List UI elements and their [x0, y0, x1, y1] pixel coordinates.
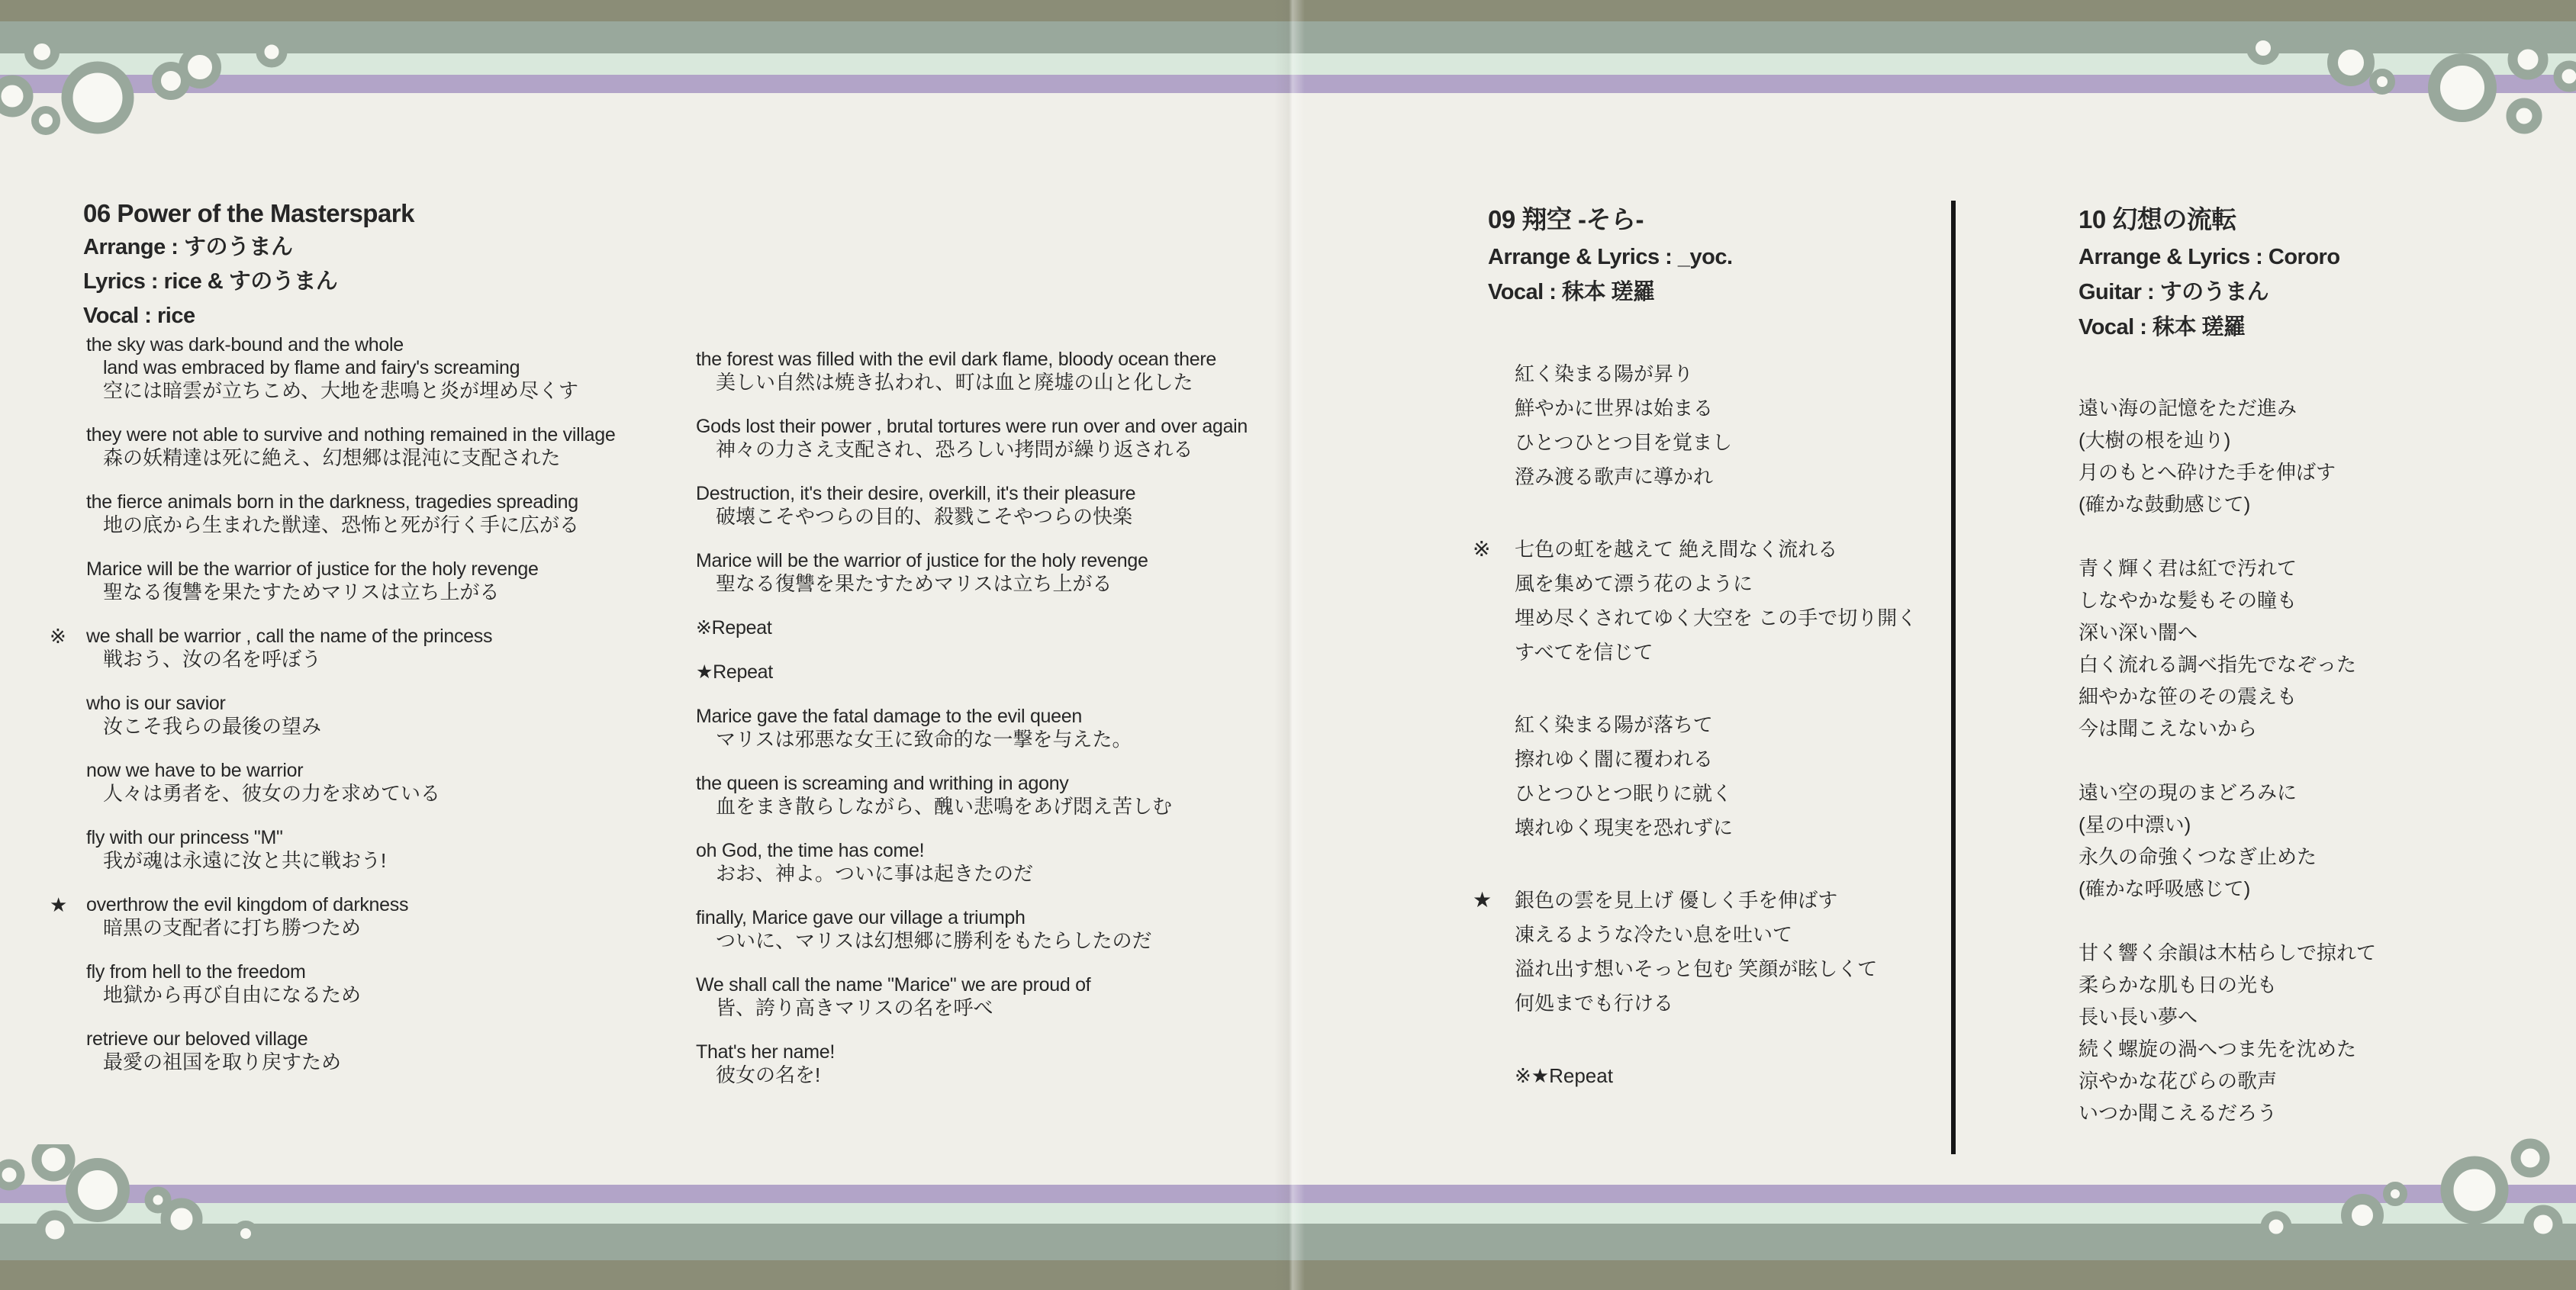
- lyric-line: 地獄から再び自由になるため: [103, 983, 694, 1006]
- lyric-stanza: That's her name! 彼女の名を!: [696, 1041, 1329, 1086]
- lyric-line: overthrow the evil kingdom of darkness: [86, 893, 694, 916]
- lyric-line: 神々の力さえ支配され、恐ろしい拷問が繰り返される: [716, 438, 1329, 461]
- lyric-line: すべてを信じて: [1515, 635, 1946, 670]
- lyric-line: 紅く染まる陽が昇り: [1515, 357, 1946, 391]
- lyric-line: 聖なる復讐を果たすためマリスは立ち上がる: [716, 572, 1329, 595]
- booklet-page: { "colors": { "paper": "#f0efe9", "band_…: [0, 0, 2576, 1290]
- bubble-cluster-top-left: [0, 0, 320, 175]
- lyric-line: the fierce animals born in the darkness,…: [86, 491, 694, 513]
- lyric-stanza: 遠い空の現のまどろみに (星の中漂い) 永久の命強くつなぎ止めた (確かな呼吸感…: [2079, 777, 2552, 905]
- bubble-cluster-top-right: [2243, 0, 2576, 183]
- lyric-line: おお、神よ。ついに事は起きたのだ: [716, 862, 1329, 885]
- repeat-instruction: ★Repeat: [696, 661, 1329, 684]
- lyric-line: Marice will be the warrior of justice fo…: [86, 558, 694, 581]
- lyric-line: 擦れゆく闇に覆われる: [1515, 742, 1946, 777]
- lyric-line: oh God, the time has come!: [696, 839, 1329, 862]
- lyric-stanza: Marice gave the fatal damage to the evil…: [696, 705, 1329, 751]
- lyric-line: the forest was filled with the evil dark…: [696, 348, 1329, 371]
- lyric-line: (大樹の根を辿り): [2079, 424, 2552, 456]
- lyric-stanza: retrieve our beloved village 最愛の祖国を取り戻すた…: [86, 1028, 694, 1073]
- lyric-line: That's her name!: [696, 1041, 1329, 1063]
- lyric-line: 汝こそ我らの最後の望み: [103, 715, 694, 738]
- lyric-stanza: 紅く染まる陽が落ちて 擦れゆく闇に覆われる ひとつひとつ眠りに就く 壊れゆく現実…: [1515, 708, 1946, 845]
- lyric-line: マリスは邪悪な女王に致命的な一撃を与えた。: [716, 728, 1329, 751]
- lyric-line: Marice will be the warrior of justice fo…: [696, 549, 1329, 572]
- lyric-line: Marice gave the fatal damage to the evil…: [696, 705, 1329, 728]
- lyric-line: 銀色の雲を見上げ 優しく手を伸ばす: [1515, 883, 1946, 918]
- lyric-stanza-chorus: ※ we shall be warrior , call the name of…: [86, 625, 694, 671]
- track06-credit-arrange: Arrange : すのうまん: [83, 230, 694, 265]
- lyric-stanza: We shall call the name "Marice" we are p…: [696, 973, 1329, 1019]
- lyric-line: the sky was dark-bound and the whole: [86, 333, 694, 356]
- lyric-line: 彼女の名を!: [716, 1063, 1329, 1086]
- lyric-line: 甘く響く余韻は木枯らしで掠れて: [2079, 937, 2552, 969]
- track-divider-line: [1951, 201, 1956, 1154]
- lyric-line: 柔らかな肌も日の光も: [2079, 969, 2552, 1001]
- lyric-line: 皆、誇り高きマリスの名を呼べ: [716, 996, 1329, 1019]
- lyric-line: 森の妖精達は死に絶え、幻想郷は混沌に支配された: [103, 446, 694, 469]
- lyric-line: 長い長い夢へ: [2079, 1001, 2552, 1033]
- lyric-line: they were not able to survive and nothin…: [86, 423, 694, 446]
- track10-header: 10 幻想の流転 Arrange & Lyrics : Cororo Guita…: [2079, 200, 2552, 345]
- lyric-line: fly with our princess "M": [86, 826, 694, 849]
- lyric-line: land was embraced by flame and fairy's s…: [103, 356, 694, 379]
- lyric-line: ついに、マリスは幻想郷に勝利をもたらしたのだ: [716, 929, 1329, 952]
- lyric-line: 続く螺旋の渦へつま先を沈めた: [2079, 1033, 2552, 1065]
- track06-column-2: the forest was filled with the evil dark…: [696, 339, 1329, 1108]
- lyric-line: 涼やかな花びらの歌声: [2079, 1065, 2552, 1097]
- lyric-line: ひとつひとつ目を覚まし: [1515, 426, 1946, 460]
- lyric-stanza: the fierce animals born in the darkness,…: [86, 491, 694, 536]
- bubble-cluster-bottom-left: [0, 1144, 320, 1290]
- reference-mark: ※: [1473, 538, 1490, 561]
- track10-credit-arrange-lyrics: Arrange & Lyrics : Cororo: [2079, 240, 2552, 275]
- track10-credit-vocal: Vocal : 秣本 瑳羅: [2079, 310, 2552, 345]
- track10-credit-guitar: Guitar : すのうまん: [2079, 275, 2552, 310]
- lyric-line: 最愛の祖国を取り戻すため: [103, 1050, 694, 1073]
- lyric-line: 破壊こそやつらの目的、殺戮こそやつらの快楽: [716, 505, 1329, 528]
- lyric-line: 暗黒の支配者に打ち勝つため: [103, 916, 694, 939]
- track06-credit-vocal: Vocal : rice: [83, 299, 694, 333]
- lyric-stanza: finally, Marice gave our village a trium…: [696, 906, 1329, 952]
- lyric-line: 今は聞こえないから: [2079, 713, 2552, 745]
- star-mark: ★: [1473, 889, 1492, 912]
- lyric-line: 青く輝く君は紅で汚れて: [2079, 552, 2552, 584]
- lyric-line: 我が魂は永遠に汝と共に戦おう!: [103, 849, 694, 872]
- lyric-stanza: Gods lost their power , brutal tortures …: [696, 415, 1329, 461]
- lyric-line: Destruction, it's their desire, overkill…: [696, 482, 1329, 505]
- track10-column: 10 幻想の流転 Arrange & Lyrics : Cororo Guita…: [2079, 200, 2552, 1161]
- track09-credit-arrange-lyrics: Arrange & Lyrics : _yoc.: [1488, 240, 1946, 275]
- lyric-line: 遠い空の現のまどろみに: [2079, 777, 2552, 809]
- lyric-line: 鮮やかに世界は始まる: [1515, 391, 1946, 426]
- track06-header: 06 Power of the Masterspark Arrange : すの…: [83, 197, 694, 333]
- lyric-line: ひとつひとつ眠りに就く: [1515, 777, 1946, 811]
- lyric-line: we shall be warrior , call the name of t…: [86, 625, 694, 648]
- lyric-stanza: 青く輝く君は紅で汚れて しなやかな髪もその瞳も 深い深い闇へ 白く流れる調べ指先…: [2079, 552, 2552, 745]
- lyric-line: 地の底から生まれた獣達、恐怖と死が行く手に広がる: [103, 513, 694, 536]
- star-mark: ★: [50, 893, 67, 916]
- lyric-line: 白く流れる調べ指先でなぞった: [2079, 648, 2552, 680]
- repeat-label: ※★Repeat: [1515, 1059, 1946, 1093]
- lyric-stanza-chorus: ★ 銀色の雲を見上げ 優しく手を伸ばす 凍えるような冷たい息を吐いて 溢れ出す想…: [1515, 883, 1946, 1021]
- repeat-instruction: ※Repeat: [696, 616, 1329, 639]
- lyric-line: 紅く染まる陽が落ちて: [1515, 708, 1946, 742]
- lyric-stanza: fly with our princess "M" 我が魂は永遠に汝と共に戦おう…: [86, 826, 694, 872]
- lyric-line: 埋め尽くされてゆく大空を この手で切り開く: [1515, 601, 1946, 635]
- lyric-line: 人々は勇者を、彼女の力を求めている: [103, 782, 694, 805]
- lyric-stanza-chorus: ※ 七色の虹を越えて 絶え間なく流れる 風を集めて漂う花のように 埋め尽くされて…: [1515, 532, 1946, 670]
- track06-credit-lyrics: Lyrics : rice & すのうまん: [83, 265, 694, 299]
- lyric-stanza: the forest was filled with the evil dark…: [696, 348, 1329, 394]
- track09-title: 09 翔空 -そら-: [1488, 200, 1946, 240]
- track06-column-1: 06 Power of the Masterspark Arrange : すの…: [50, 197, 694, 1095]
- lyric-stanza: the queen is screaming and writhing in a…: [696, 772, 1329, 818]
- lyric-line: 永久の命強くつなぎ止めた: [2079, 841, 2552, 873]
- lyric-line: now we have to be warrior: [86, 759, 694, 782]
- lyric-stanza: who is our savior 汝こそ我らの最後の望み: [86, 692, 694, 738]
- lyric-stanza: Marice will be the warrior of justice fo…: [696, 549, 1329, 595]
- lyric-line: 壊れゆく現実を恐れずに: [1515, 811, 1946, 845]
- lyric-line: 澄み渡る歌声に導かれ: [1515, 460, 1946, 494]
- track09-column: 09 翔空 -そら- Arrange & Lyrics : _yoc. Voca…: [1473, 200, 1946, 1131]
- lyric-line: who is our savior: [86, 692, 694, 715]
- lyric-line: We shall call the name "Marice" we are p…: [696, 973, 1329, 996]
- lyric-line: 凍えるような冷たい息を吐いて: [1515, 918, 1946, 952]
- repeat-instruction: ※★Repeat: [1515, 1059, 1946, 1093]
- lyric-stanza: now we have to be warrior 人々は勇者を、彼女の力を求め…: [86, 759, 694, 805]
- track09-credit-vocal: Vocal : 秣本 瑳羅: [1488, 275, 1946, 310]
- lyric-line: (星の中漂い): [2079, 809, 2552, 841]
- repeat-label: ★Repeat: [696, 661, 1329, 684]
- track10-title: 10 幻想の流転: [2079, 200, 2552, 240]
- lyric-line: the queen is screaming and writhing in a…: [696, 772, 1329, 795]
- lyric-stanza-chorus: ★ overthrow the evil kingdom of darkness…: [86, 893, 694, 939]
- track09-header: 09 翔空 -そら- Arrange & Lyrics : _yoc. Voca…: [1488, 200, 1946, 310]
- lyric-line: (確かな鼓動感じて): [2079, 488, 2552, 520]
- lyric-line: しなやかな髪もその瞳も: [2079, 584, 2552, 616]
- repeat-label: ※Repeat: [696, 616, 1329, 639]
- lyric-line: 溢れ出す想いそっと包む 笑顔が眩しくて: [1515, 952, 1946, 986]
- lyric-line: finally, Marice gave our village a trium…: [696, 906, 1329, 929]
- lyric-stanza: fly from hell to the freedom 地獄から再び自由になる…: [86, 960, 694, 1006]
- lyric-stanza: 紅く染まる陽が昇り 鮮やかに世界は始まる ひとつひとつ目を覚まし 澄み渡る歌声に…: [1515, 357, 1946, 494]
- lyric-stanza: 遠い海の記憶をただ進み (大樹の根を辿り) 月のもとへ砕けた手を伸ばす (確かな…: [2079, 392, 2552, 520]
- lyric-line: 戦おう、汝の名を呼ぼう: [103, 648, 694, 671]
- lyric-line: retrieve our beloved village: [86, 1028, 694, 1050]
- lyric-line: 遠い海の記憶をただ進み: [2079, 392, 2552, 424]
- lyric-line: (確かな呼吸感じて): [2079, 873, 2552, 905]
- lyric-line: 血をまき散らしながら、醜い悲鳴をあげ悶え苦しむ: [716, 795, 1329, 818]
- lyric-line: fly from hell to the freedom: [86, 960, 694, 983]
- lyric-line: いつか聞こえるだろう: [2079, 1097, 2552, 1129]
- lyric-stanza: oh God, the time has come! おお、神よ。ついに事は起き…: [696, 839, 1329, 885]
- lyric-line: 空には暗雲が立ちこめ、大地を悲鳴と炎が埋め尽くす: [103, 379, 694, 402]
- track06-title: 06 Power of the Masterspark: [83, 197, 694, 230]
- lyric-line: 細やかな笹のその震えも: [2079, 680, 2552, 713]
- lyric-line: 風を集めて漂う花のように: [1515, 567, 1946, 601]
- lyric-stanza: Marice will be the warrior of justice fo…: [86, 558, 694, 603]
- lyric-line: 何処までも行ける: [1515, 986, 1946, 1021]
- lyric-line: 聖なる復讐を果たすためマリスは立ち上がる: [103, 581, 694, 603]
- lyric-line: 月のもとへ砕けた手を伸ばす: [2079, 456, 2552, 488]
- lyric-line: 深い深い闇へ: [2079, 616, 2552, 648]
- lyric-stanza: 甘く響く余韻は木枯らしで掠れて 柔らかな肌も日の光も 長い長い夢へ 続く螺旋の渦…: [2079, 937, 2552, 1129]
- lyric-line: 七色の虹を越えて 絶え間なく流れる: [1515, 532, 1946, 567]
- lyric-stanza: Destruction, it's their desire, overkill…: [696, 482, 1329, 528]
- lyric-line: 美しい自然は焼き払われ、町は血と廃墟の山と化した: [716, 371, 1329, 394]
- lyric-line: Gods lost their power , brutal tortures …: [696, 415, 1329, 438]
- reference-mark: ※: [50, 625, 66, 648]
- lyric-stanza: they were not able to survive and nothin…: [86, 423, 694, 469]
- lyric-stanza: the sky was dark-bound and the whole lan…: [86, 333, 694, 402]
